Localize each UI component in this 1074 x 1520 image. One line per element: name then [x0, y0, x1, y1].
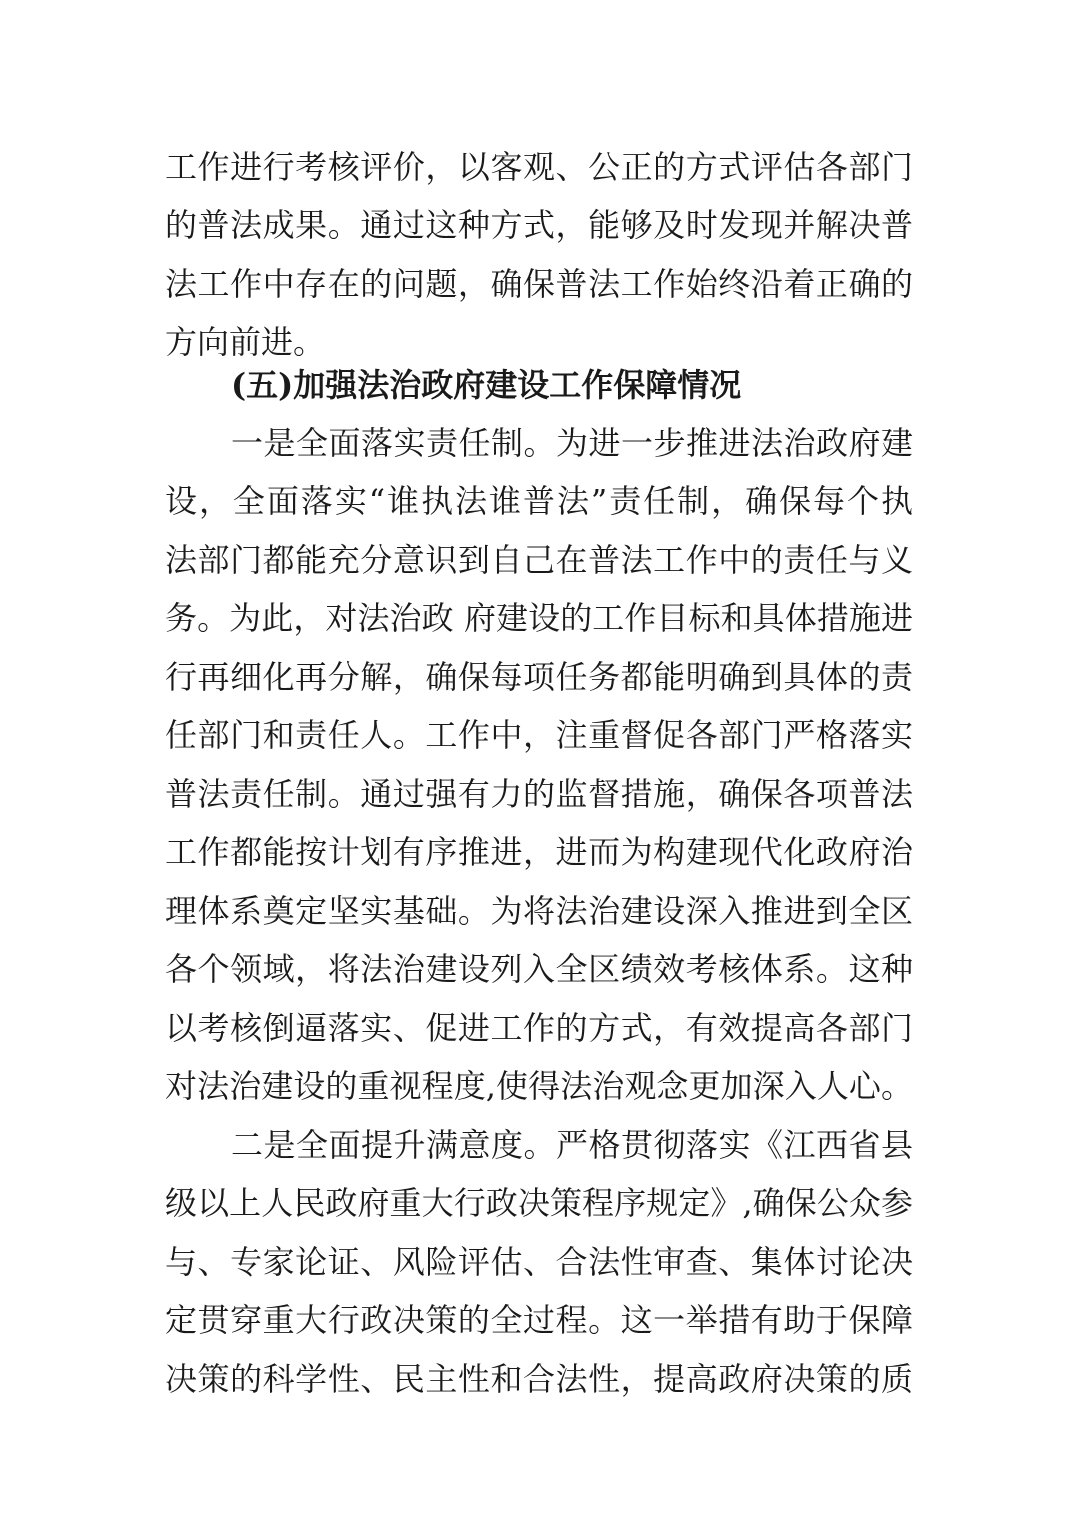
text-line: 级以上人民政府重大行政决策程序规定》,确保公众参	[165, 1183, 913, 1223]
paragraph-start-line: 二是全面提升满意度。严格贯彻落实《江西省县	[231, 1125, 913, 1165]
text-line: 法工作中存在的问题，确保普法工作始终沿着正确的	[165, 264, 913, 304]
text-line: 方向前进。	[165, 322, 913, 362]
text-line: 理体系奠定坚实基础。为将法治建设深入推进到全区	[165, 891, 913, 931]
text-line: 与、专家论证、风险评估、合法性审查、集体讨论决	[165, 1242, 913, 1282]
text-line: 决策的科学性、民主性和合法性，提高政府决策的质	[165, 1359, 913, 1399]
section-heading: (五)加强法治政府建设工作保障情况	[231, 365, 913, 405]
text-line: 各个领域，将法治建设列入全区绩效考核体系。这种	[165, 949, 913, 989]
text-line: 普法责任制。通过强有力的监督措施，确保各项普法	[165, 774, 913, 814]
text-line: 行再细化再分解，确保每项任务都能明确到具体的责	[165, 657, 913, 697]
text-line: 工作都能按计划有序推进，进而为构建现代化政府治	[165, 832, 913, 872]
text-line: 工作进行考核评价，以客观、公正的方式评估各部门	[165, 147, 913, 187]
text-line: 以考核倒逼落实、促进工作的方式，有效提高各部门	[165, 1008, 913, 1048]
text-line: 务。为此，对法治政 府建设的工作目标和具体措施进	[165, 598, 913, 638]
text-line: 设，全面落实“谁执法谁普法”责任制，确保每个执	[165, 481, 913, 521]
text-line: 法部门都能充分意识到自己在普法工作中的责任与义	[165, 540, 913, 580]
text-line: 的普法成果。通过这种方式，能够及时发现并解决普	[165, 205, 913, 245]
text-line: 对法治建设的重视程度,使得法治观念更加深入人心。	[165, 1066, 913, 1106]
text-line: 任部门和责任人。工作中，注重督促各部门严格落实	[165, 715, 913, 755]
paragraph-start-line: 一是全面落实责任制。为进一步推进法治政府建	[231, 423, 913, 463]
text-line: 定贯穿重大行政决策的全过程。这一举措有助于保障	[165, 1300, 913, 1340]
document-page: 工作进行考核评价，以客观、公正的方式评估各部门 的普法成果。通过这种方式，能够及…	[0, 0, 1074, 1520]
